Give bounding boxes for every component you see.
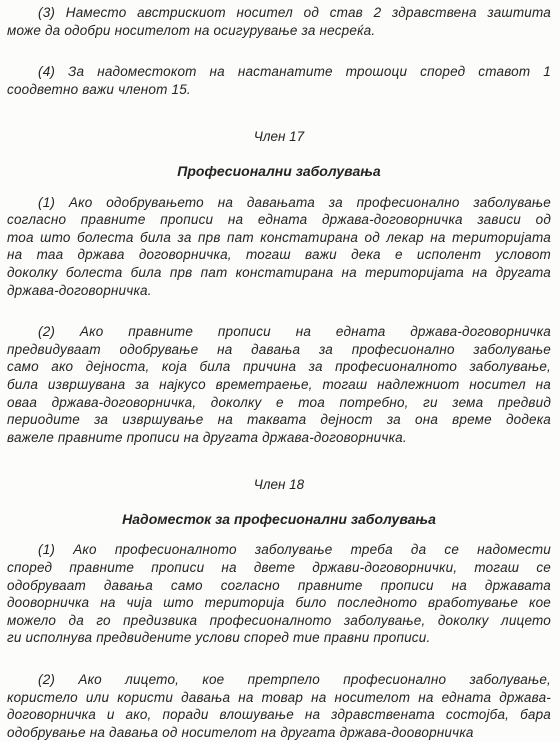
- text-line: (1) Ако професионалното заболување треба…: [7, 541, 551, 559]
- text-line: оваа држава-договорничка, доколку е тоа …: [7, 394, 551, 412]
- text-line: била извршувана за најкусо времетраење, …: [7, 376, 551, 394]
- article-title-heading: Надоместок за професионални заболувања: [7, 511, 551, 529]
- paragraph: (4) За надоместокот на настанатите трошо…: [7, 63, 551, 98]
- paragraph: (1) Ако одобрувањето на давањата за проф…: [7, 194, 551, 300]
- text-line: (3) Наместо австрискиот носител од став …: [7, 4, 551, 22]
- paragraph: (2) Ако правните прописи на едната држав…: [7, 323, 551, 446]
- text-line: (2) Ако правните прописи на едната држав…: [7, 323, 551, 341]
- text-line: може да одобри носителот на осигурување …: [7, 22, 551, 40]
- article-number-heading: Член 18: [7, 476, 551, 494]
- text-line: (4) За надоместокот на настанатите трошо…: [7, 63, 551, 81]
- paragraph: (1) Ако професионалното заболување треба…: [7, 541, 551, 647]
- text-line: можело да го предизвика професионалното …: [7, 612, 551, 630]
- text-line: одобрување на давања од носителот на дру…: [7, 724, 551, 742]
- text-line: држава-договорничка.: [7, 282, 551, 300]
- text-line: според правните прописи на двете држави-…: [7, 559, 551, 577]
- text-line: на таа држава договорничка, тогаш важи д…: [7, 246, 551, 264]
- text-line: користело или користи давања на товар на…: [7, 689, 551, 707]
- text-line: одобруваат давања само согласно правните…: [7, 577, 551, 595]
- document-page: (3) Наместо австрискиот носител од став …: [0, 0, 560, 742]
- text-line: периодите за извршување на таквата дејно…: [7, 411, 551, 429]
- text-line: согласно правните прописи на едната држа…: [7, 211, 551, 229]
- paragraph: (2) Ако лицето, кое претрпело професиона…: [7, 671, 551, 741]
- text-line: тоа што болеста била за прв пат констати…: [7, 229, 551, 247]
- text-line: важеле правните прописи на другата држав…: [7, 429, 551, 447]
- text-line: предвидуваат одобрување на давања за про…: [7, 341, 551, 359]
- text-line: само ако дејноста, која била причина за …: [7, 358, 551, 376]
- text-line: (2) Ако лицето, кое претрпело професиона…: [7, 671, 551, 689]
- text-line: доколку болеста била прв пат констатиран…: [7, 264, 551, 282]
- text-line: договорничка и ако, поради влошување на …: [7, 706, 551, 724]
- text-line: соодветно важи членот 15.: [7, 81, 551, 99]
- article-title-heading: Професионални заболувања: [7, 163, 551, 181]
- text-line: дооворничка на чија што територија било …: [7, 594, 551, 612]
- article-number-heading: Член 17: [7, 128, 551, 146]
- text-line: ги исполнува предвидените услови според …: [7, 629, 551, 647]
- paragraph: (3) Наместо австрискиот носител од став …: [7, 4, 551, 39]
- text-line: (1) Ако одобрувањето на давањата за проф…: [7, 194, 551, 212]
